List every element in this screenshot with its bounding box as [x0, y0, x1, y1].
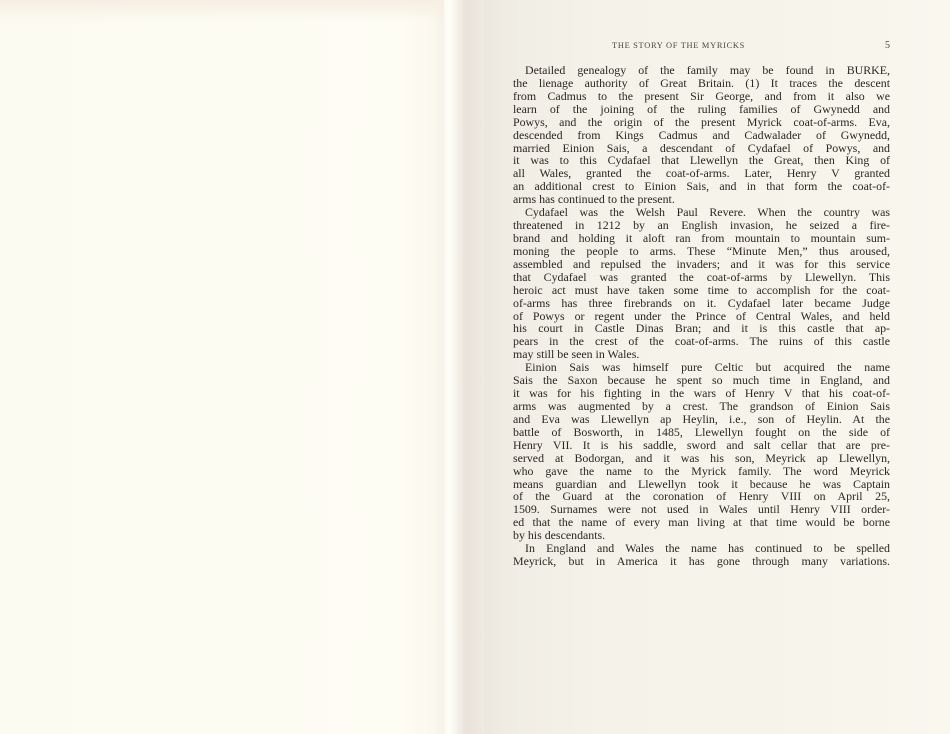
book-gutter: [444, 0, 484, 734]
text-line: the lienage authority of Great Britain. …: [513, 77, 890, 90]
text-line: arms was augmented by a crest. The grand…: [513, 400, 890, 413]
body-text: Detailed genealogy of the family may be …: [513, 64, 890, 568]
text-line: of-arms has three firebrands on it. Cyda…: [513, 297, 890, 310]
text-line: brand and holding it aloft ran from moun…: [513, 232, 890, 245]
running-head: THE STORY OF THE MYRICKS 5: [612, 41, 890, 53]
text-line: that Cydafael was granted the coat-of-ar…: [513, 271, 890, 284]
text-line: heroic act must have taken some time to …: [513, 284, 890, 297]
text-line: Detailed genealogy of the family may be …: [513, 64, 890, 77]
text-line: and Eva was Llewellyn ap Heylin, i.e., s…: [513, 413, 890, 426]
text-line: learn of the joining of the ruling famil…: [513, 103, 890, 116]
text-line: moning the people to arms. These “Minute…: [513, 245, 890, 258]
page-number: 5: [885, 40, 890, 51]
left-page-blank: [0, 0, 452, 734]
text-line: Powys, and the origin of the present Myr…: [513, 116, 890, 129]
text-line: Henry VII. It is his saddle, sword and s…: [513, 439, 890, 452]
book-spread: THE STORY OF THE MYRICKS 5 Detailed gene…: [0, 0, 950, 734]
text-line: descended from Kings Cadmus and Cadwalad…: [513, 129, 890, 142]
text-line: battle of Bosworth, in 1485, Llewellyn f…: [513, 426, 890, 439]
text-line: served at Bodorgan, and it was his son, …: [513, 452, 890, 465]
text-line: Meyrick, but in America it has gone thro…: [513, 555, 890, 568]
text-line: assembled and repulsed the invaders; and…: [513, 258, 890, 271]
text-line: who gave the name to the Myrick family. …: [513, 465, 890, 478]
running-head-title: THE STORY OF THE MYRICKS: [612, 41, 745, 50]
text-line: from Cadmus to the present Sir George, a…: [513, 90, 890, 103]
